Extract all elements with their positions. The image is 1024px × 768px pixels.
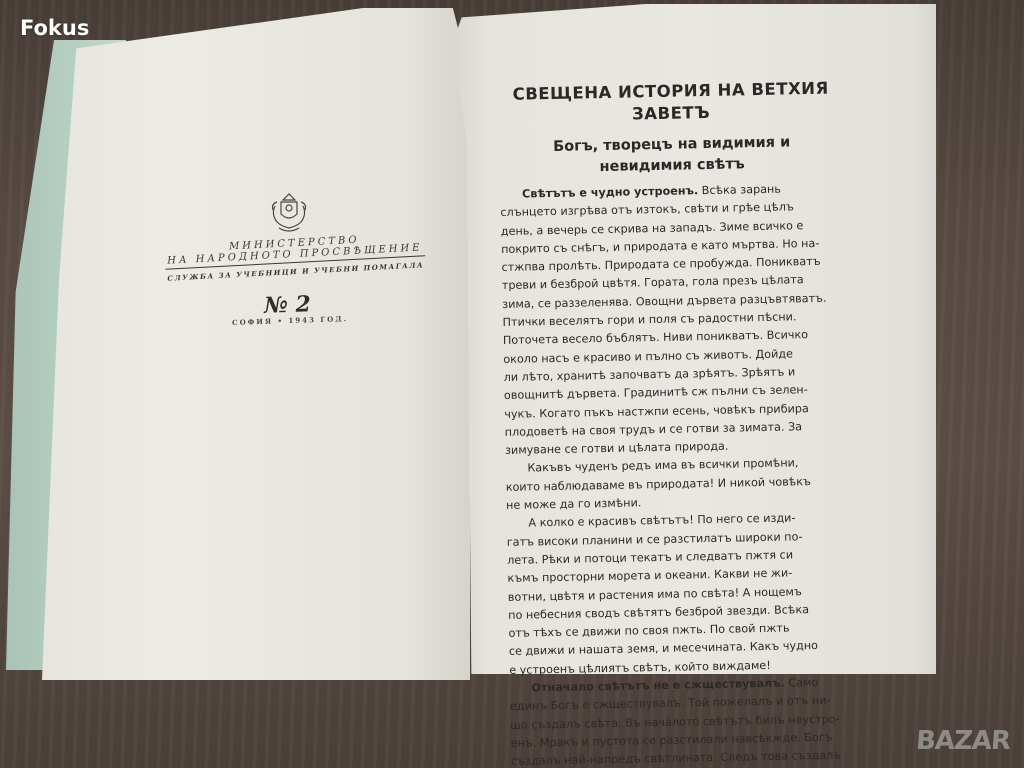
page-text: СВЕЩЕНА ИСТОРИЯ НА ВЕТХИЯ ЗАВЕТЪ Богъ, т… [498,77,856,768]
bazar-logo: BAZAR [915,726,1011,756]
paragraph-lead: Свѣтътъ е чудно устроенъ. [522,184,698,200]
section-subtitle: Богъ, творецъ на видимия и невидимия свѣ… [499,131,845,180]
coat-of-arms-icon [265,190,313,234]
paragraph-lead: Отначало свѣтътъ не е сжществувалъ. [531,677,784,695]
body-text: Свѣтътъ е чудно устроенъ. Всѣка зараньсл… [500,179,856,768]
fokus-watermark: Fokus [20,16,89,40]
left-page [42,8,470,680]
page-title: СВЕЩЕНА ИСТОРИЯ НА ВЕТХИЯ ЗАВЕТЪ [498,77,844,128]
